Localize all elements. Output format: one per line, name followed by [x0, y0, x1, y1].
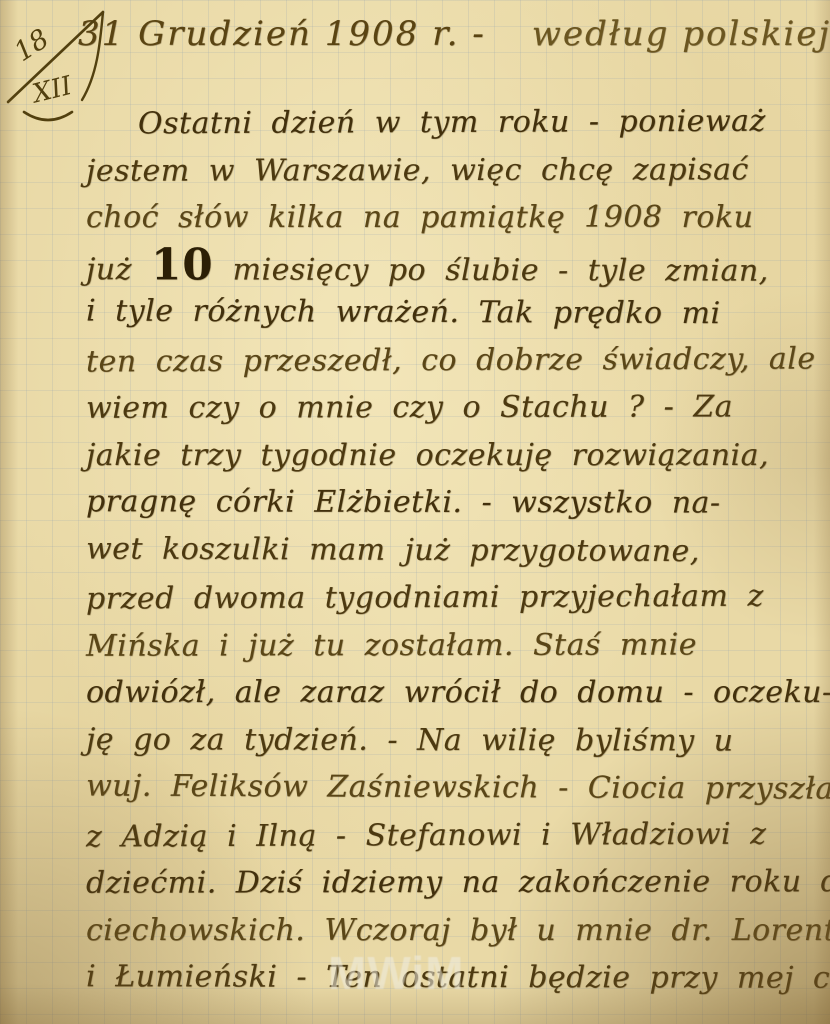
handwritten-text: ciechowskich. Wczoraj był u mnie dr. Lor…	[86, 913, 830, 948]
handwritten-line: ten czas przeszedł, co dobrze świadczy, …	[86, 335, 822, 386]
handwritten-line: choć słów kilka na pamiątkę 1908 roku	[86, 194, 822, 242]
handwritten-text: ten czas przeszedł, co dobrze świadczy, …	[86, 341, 830, 379]
page-header: 31 Grudzień 1908 r. -według polskiej dat…	[78, 14, 820, 54]
handwritten-text: i Łumieński - Ten ostatni będzie przy me…	[86, 959, 830, 996]
handwritten-text: już	[86, 252, 151, 287]
handwritten-text: Mińska i już tu zostałam. Staś mnie	[86, 627, 697, 663]
handwritten-line: odwiózł, ale zaraz wrócił do domu - ocze…	[86, 669, 822, 717]
handwritten-line: jakie trzy tygodnie oczekuję rozwiązania…	[86, 432, 822, 480]
handwritten-line: i tyle różnych wrażeń. Tak prędko mi	[86, 287, 822, 338]
handwritten-line: dziećmi. Dziś idziemy na zakończenie rok…	[86, 858, 822, 907]
handwritten-line: wiem czy o mnie czy o Stachu ? - Za	[86, 383, 822, 432]
handwritten-line: pragnę córki Elżbietki. - wszystko na-	[86, 478, 822, 527]
handwritten-text: jakie trzy tygodnie oczekuję rozwiązania…	[86, 438, 769, 473]
handwritten-line: wet koszulki mam już przygotowane,	[86, 525, 822, 576]
handwritten-text: jestem w Warszawie, więc chcę zapisać	[86, 152, 749, 188]
handwritten-line: już 10 miesięcy po ślubie - tyle zmian,	[86, 241, 822, 290]
entry-date-note: według polskiej daty	[532, 14, 830, 54]
handwritten-text: miesięcy po ślubie - tyle zmian,	[213, 252, 768, 288]
handwritten-line: przed dwoma tygodniami przyjechałam z	[86, 572, 822, 623]
corner-date-mark: 18 XII	[0, 0, 150, 150]
handwritten-line: jestem w Warszawie, więc chcę zapisać	[86, 146, 822, 195]
handwritten-text: dziećmi. Dziś idziemy na zakończenie rok…	[86, 864, 830, 901]
manuscript-page: 18 XII 31 Grudzień 1908 r. -według polsk…	[0, 0, 830, 1024]
handwritten-text: i tyle różnych wrażeń. Tak prędko mi	[86, 293, 721, 331]
corner-mark-day: 18	[9, 23, 55, 68]
handwritten-line: Mińska i już tu zostałam. Staś mnie	[86, 621, 822, 670]
handwritten-text: z Adzią i Ilną - Stefanowi i Władziowi z	[86, 816, 767, 854]
handwritten-line: ję go za tydzień. - Na wilię byliśmy u	[86, 716, 822, 765]
handwritten-line: Ostatni dzień w tym roku - ponieważ	[86, 97, 822, 148]
handwritten-text: wiem czy o mnie czy o Stachu ? - Za	[86, 389, 733, 425]
handwritten-text: odwiózł, ale zaraz wrócił do domu - ocze…	[86, 675, 830, 710]
handwritten-text: wet koszulki mam już przygotowane,	[86, 531, 700, 569]
handwritten-line: z Adzią i Ilną - Stefanowi i Władziowi z	[86, 810, 822, 861]
handwriting-area: Ostatni dzień w tym roku - ponieważjeste…	[86, 99, 822, 1002]
handwritten-text: przed dwoma tygodniami przyjechałam z	[86, 579, 764, 617]
handwritten-text: Ostatni dzień w tym roku - ponieważ	[138, 104, 766, 142]
handwritten-text: wuj. Feliksów Zaśniewskich - Ciocia przy…	[86, 768, 830, 806]
handwritten-line: ciechowskich. Wczoraj był u mnie dr. Lor…	[86, 907, 822, 955]
handwritten-line: wuj. Feliksów Zaśniewskich - Ciocia przy…	[86, 762, 822, 813]
handwritten-text: ję go za tydzień. - Na wilię byliśmy u	[86, 722, 734, 758]
handwritten-text: choć słów kilka na pamiątkę 1908 roku	[86, 200, 753, 235]
emphasized-number: 10	[151, 239, 214, 290]
handwritten-text: pragnę córki Elżbietki. - wszystko na-	[86, 484, 721, 520]
handwritten-line: i Łumieński - Ten ostatni będzie przy me…	[86, 953, 822, 1002]
